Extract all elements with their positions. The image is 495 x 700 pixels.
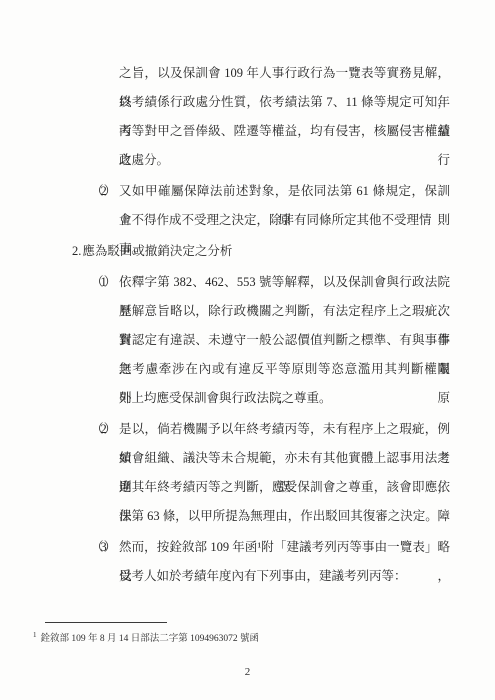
footnote-text: 銓敘部 109 年 8 月 14 日部法二字第 1094963072 號函: [41, 634, 260, 644]
document-page: 之旨，以及保訓會 109 年人事行政行為一覽表等實務見解，以年終考績係行政處分性…: [0, 0, 495, 700]
text-line-content: 則上均應受保訓會與行政法院之尊重。: [119, 391, 332, 405]
text-line: 丙等對甲之晉俸級、陞遷等權益，均有侵害，核屬侵害權益之行: [119, 117, 450, 146]
text-line: 受考人如於考績年度內有下列事由，建議考列丙等：: [119, 562, 450, 591]
footnote-marker: 1: [33, 631, 37, 639]
paragraph: （2）又如甲確屬保障法前述對象，是依同法第 61 條規定，保訓會原則上不得作成不…: [119, 177, 450, 235]
footnote-divider: [45, 622, 167, 623]
paragraph: 2.應為駁回或撤銷決定之分析: [72, 237, 495, 266]
text-line: 則其年終考績丙等之判斷，應受保訓會之尊重，該會即應依保障: [119, 473, 450, 502]
text-line: 終考績係行政處分性質，依考績法第 7、11 條等規定可知，考績: [119, 88, 450, 117]
paragraph-marker: （2）: [91, 177, 113, 206]
paragraph-marker: （1）: [91, 268, 113, 297]
text-line: 實認定有違誤、未遵守一般公認價值判斷之標準、有與事件無關: [119, 326, 450, 355]
text-line: 然而，按銓敘部 109 年函¹附「建議考列丙等事由一覽表」略以，: [119, 533, 450, 562]
paragraph: （3）然而，按銓敘部 109 年函¹附「建議考列丙等事由一覽表」略以，受考人如於…: [119, 533, 450, 591]
text-line-content: 受考人如於考績年度內有下列事由，建議考列丙等：: [119, 569, 407, 583]
text-line: 之旨，以及保訓會 109 年人事行政行為一覽表等實務見解，以年: [119, 59, 450, 88]
paragraph: （2）是以，倘若機關予以年終考績丙等，未有程序上之瑕疵，例如考績會組織、議決等未…: [119, 415, 450, 531]
text-line-content: 政處分。: [119, 153, 169, 167]
text-line: 上不得作成不受理之決定，除非有同條所定其他不受理情事。: [119, 206, 450, 235]
text-line: 是以，倘若機關予以年終考績丙等，未有程序上之瑕疵，例如考: [119, 415, 450, 444]
paragraph: 之旨，以及保訓會 109 年人事行政行為一覽表等實務見解，以年終考績係行政處分性…: [119, 59, 450, 175]
text-line: 法第 63 條，以甲所提為無理由，作出駁回其復審之決定。: [119, 502, 450, 531]
paragraph: （1）依釋字第 382、462、553 號等解釋，以及保訓會與行政法院歷次見解意…: [119, 268, 450, 413]
paragraph-marker: 2.: [72, 244, 81, 258]
page-number: 2: [0, 666, 495, 678]
text-line: 見解意旨略以，除行政機關之判斷，有法定程序上之瑕疵、對事: [119, 297, 450, 326]
paragraph-marker: （3）: [91, 533, 113, 562]
text-line: 2.應為駁回或撤銷決定之分析: [72, 237, 495, 266]
text-line: 績會組織、議決等未合規範，亦未有其他實體上認事用法之違誤，: [119, 444, 450, 473]
text-line-content: 法第 63 條，以甲所提為無理由，作出駁回其復審之決定。: [119, 509, 438, 523]
footnote: 1銓敘部 109 年 8 月 14 日部法二字第 1094963072 號函: [33, 628, 465, 646]
text-line: 依釋字第 382、462、553 號等解釋，以及保訓會與行政法院歷次: [119, 268, 450, 297]
document-content: 之旨，以及保訓會 109 年人事行政行為一覽表等實務見解，以年終考績係行政處分性…: [0, 59, 495, 593]
paragraph-marker: （2）: [91, 415, 113, 444]
text-line-content: 應為駁回或撤銷決定之分析: [82, 244, 232, 258]
text-line: 又如甲確屬保障法前述對象，是依同法第 61 條規定，保訓會原則: [119, 177, 450, 206]
text-line: 之考慮牽涉在內或有違反平等原則等恣意濫用其判斷權限外，原: [119, 355, 450, 384]
